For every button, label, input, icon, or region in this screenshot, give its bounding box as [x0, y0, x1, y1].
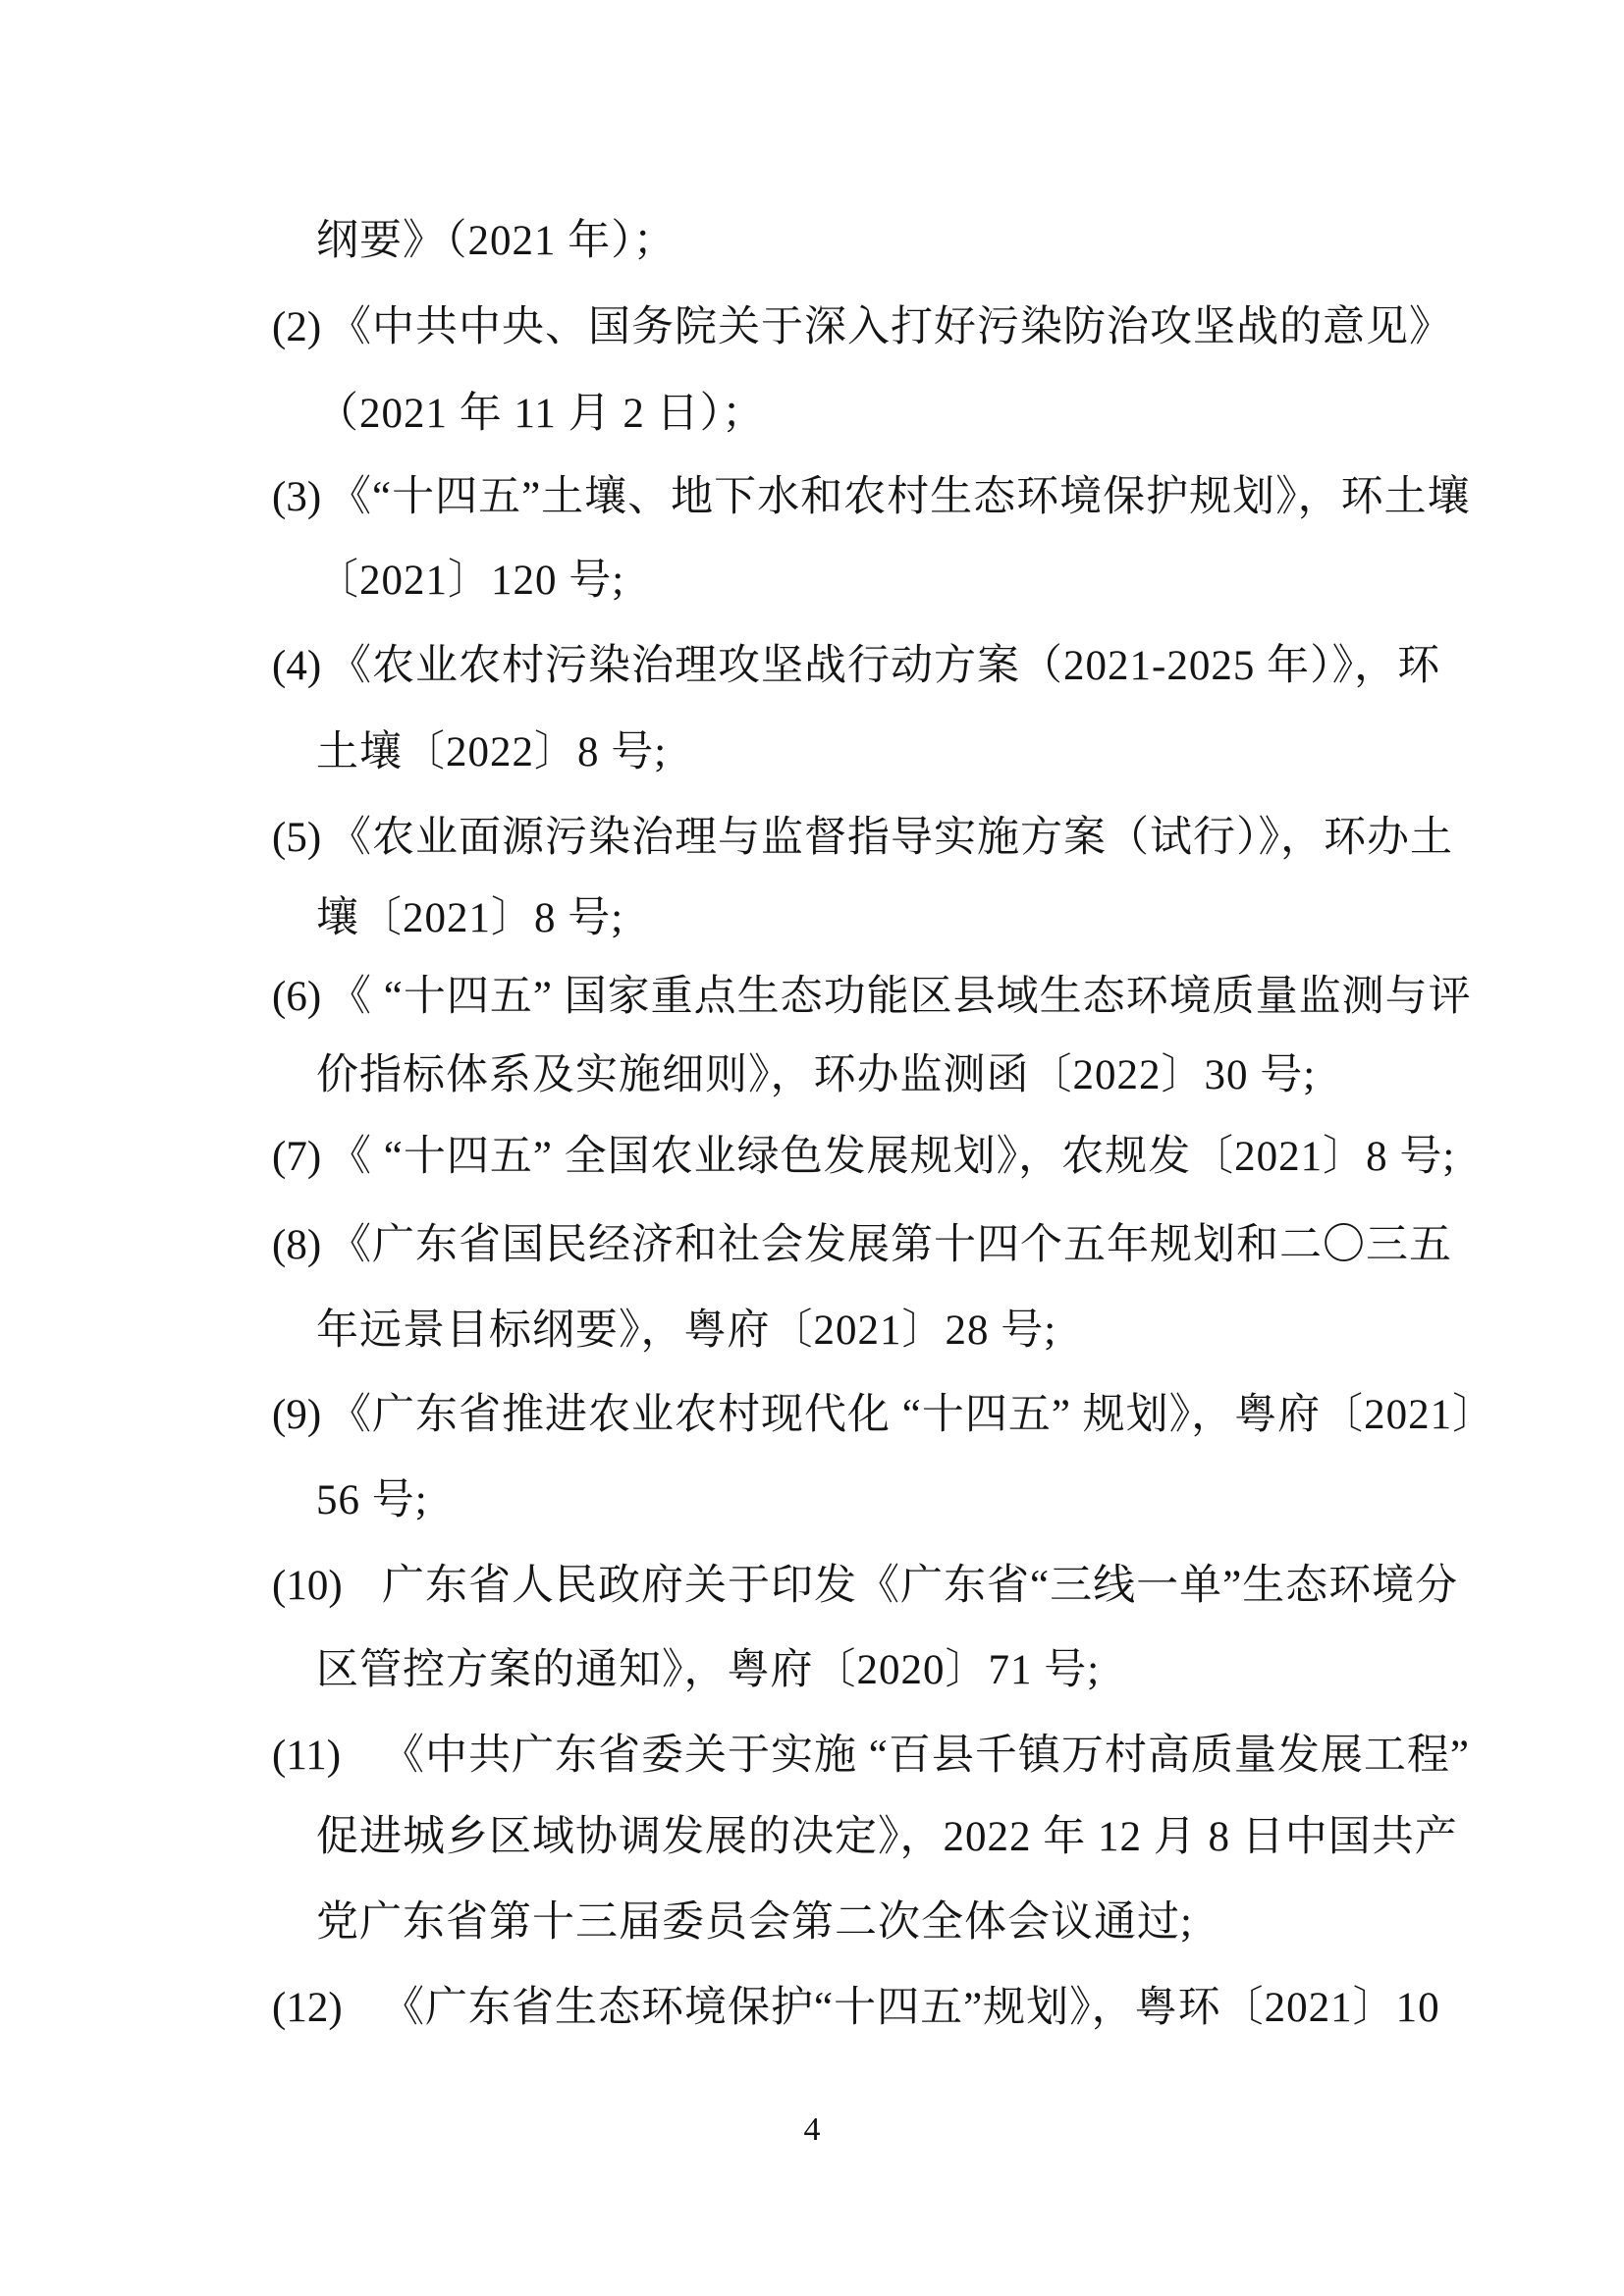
doc-line: 〔2021〕120 号;: [316, 558, 624, 605]
line-text: 《中共广东省委关于实施 “百县千镇万村高质量发展工程”: [382, 1733, 1470, 1779]
item-number: (5): [272, 815, 329, 862]
line-text: 壤〔2021〕8 号;: [316, 895, 623, 941]
line-text: （2021 年 11 月 2 日）；: [316, 391, 765, 437]
doc-line: (2)《中共中央、国务院关于深入打好污染防治攻坚战的意见》: [272, 304, 1452, 351]
doc-line: (7)《 “十四五” 全国农业绿色发展规划》，农规发〔2021〕8 号;: [272, 1134, 1455, 1181]
doc-line: (5)《农业面源污染治理与监督指导实施方案（试行）》，环办土: [272, 815, 1453, 862]
item-number: (2): [272, 304, 329, 351]
line-text: 价指标体系及实施细则》，环办监测函〔2022〕30 号;: [316, 1052, 1316, 1098]
item-number: (11): [272, 1733, 382, 1780]
line-text: 《 “十四五” 全国农业绿色发展规划》，农规发〔2021〕8 号;: [329, 1134, 1455, 1180]
doc-line: 年远景目标纲要》，粤府〔2021〕28 号;: [316, 1308, 1056, 1355]
doc-line: (8)《广东省国民经济和社会发展第十四个五年规划和二〇三五: [272, 1222, 1452, 1269]
line-text: 《农业面源污染治理与监督指导实施方案（试行）》，环办土: [329, 815, 1453, 861]
doc-line: 土壤〔2022〕8 号;: [316, 729, 667, 776]
line-text: 《中共中央、国务院关于深入打好污染防治攻坚战的意见》: [329, 304, 1452, 350]
page-number: 4: [0, 2110, 1624, 2150]
line-text: 《 “十四五” 国家重点生态功能区县域生态环境质量监测与评: [329, 974, 1472, 1020]
line-text: 党广东省第十三届委员会第二次全体会议通过;: [316, 1899, 1193, 1946]
line-text: 广东省人民政府关于印发《广东省“三线一单”生态环境分: [382, 1563, 1458, 1609]
item-number: (7): [272, 1134, 329, 1181]
line-text: 〔2021〕120 号;: [316, 558, 624, 604]
doc-line: 价指标体系及实施细则》，环办监测函〔2022〕30 号;: [316, 1052, 1316, 1099]
line-text: 促进城乡区域协调发展的决定》，2022 年 12 月 8 日中国共产: [316, 1814, 1458, 1860]
item-number: (3): [272, 474, 329, 521]
doc-line: 纲要》（2021 年）；: [316, 218, 677, 265]
line-text: 《“十四五”土壤、地下水和农村生态环境保护规划》，环土壤: [329, 474, 1471, 520]
doc-line: (12)《广东省生态环境保护“十四五”规划》，粤环〔2021〕10: [272, 1985, 1440, 2032]
doc-line: (6)《 “十四五” 国家重点生态功能区县域生态环境质量监测与评: [272, 974, 1472, 1021]
line-text: 年远景目标纲要》，粤府〔2021〕28 号;: [316, 1308, 1056, 1354]
item-number: (4): [272, 643, 329, 690]
line-text: 《广东省生态环境保护“十四五”规划》，粤环〔2021〕10: [382, 1985, 1440, 2031]
item-number: (8): [272, 1222, 329, 1269]
document-page: 纲要》（2021 年）； (2)《中共中央、国务院关于深入打好污染防治攻坚战的意…: [0, 0, 1624, 2296]
line-text: 土壤〔2022〕8 号;: [316, 729, 667, 775]
doc-line: (3)《“十四五”土壤、地下水和农村生态环境保护规划》，环土壤: [272, 474, 1471, 521]
line-text: 《广东省推进农业农村现代化 “十四五” 规划》，粤府〔2021〕: [329, 1392, 1495, 1438]
line-text: 《广东省国民经济和社会发展第十四个五年规划和二〇三五: [329, 1222, 1452, 1268]
doc-line: （2021 年 11 月 2 日）；: [316, 391, 765, 438]
doc-line: 区管控方案的通知》，粤府〔2020〕71 号;: [316, 1647, 1100, 1694]
doc-line: (10)广东省人民政府关于印发《广东省“三线一单”生态环境分: [272, 1563, 1458, 1610]
line-text: 区管控方案的通知》，粤府〔2020〕71 号;: [316, 1647, 1100, 1693]
doc-line: 56 号;: [316, 1477, 428, 1524]
doc-line: (11)《中共广东省委关于实施 “百县千镇万村高质量发展工程”: [272, 1733, 1470, 1780]
doc-line: 壤〔2021〕8 号;: [316, 895, 623, 942]
line-text: 纲要》（2021 年）；: [316, 218, 677, 264]
doc-line: 促进城乡区域协调发展的决定》，2022 年 12 月 8 日中国共产: [316, 1814, 1458, 1861]
line-text: 56 号;: [316, 1477, 428, 1523]
item-number: (12): [272, 1985, 382, 2032]
line-text: 《农业农村污染治理攻坚战行动方案（2021-2025 年）》，环: [329, 643, 1440, 689]
doc-line: (9)《广东省推进农业农村现代化 “十四五” 规划》，粤府〔2021〕: [272, 1392, 1495, 1439]
item-number: (9): [272, 1392, 329, 1439]
item-number: (6): [272, 974, 329, 1021]
item-number: (10): [272, 1563, 382, 1610]
doc-line: (4)《农业农村污染治理攻坚战行动方案（2021-2025 年）》，环: [272, 643, 1440, 690]
doc-line: 党广东省第十三届委员会第二次全体会议通过;: [316, 1899, 1193, 1947]
